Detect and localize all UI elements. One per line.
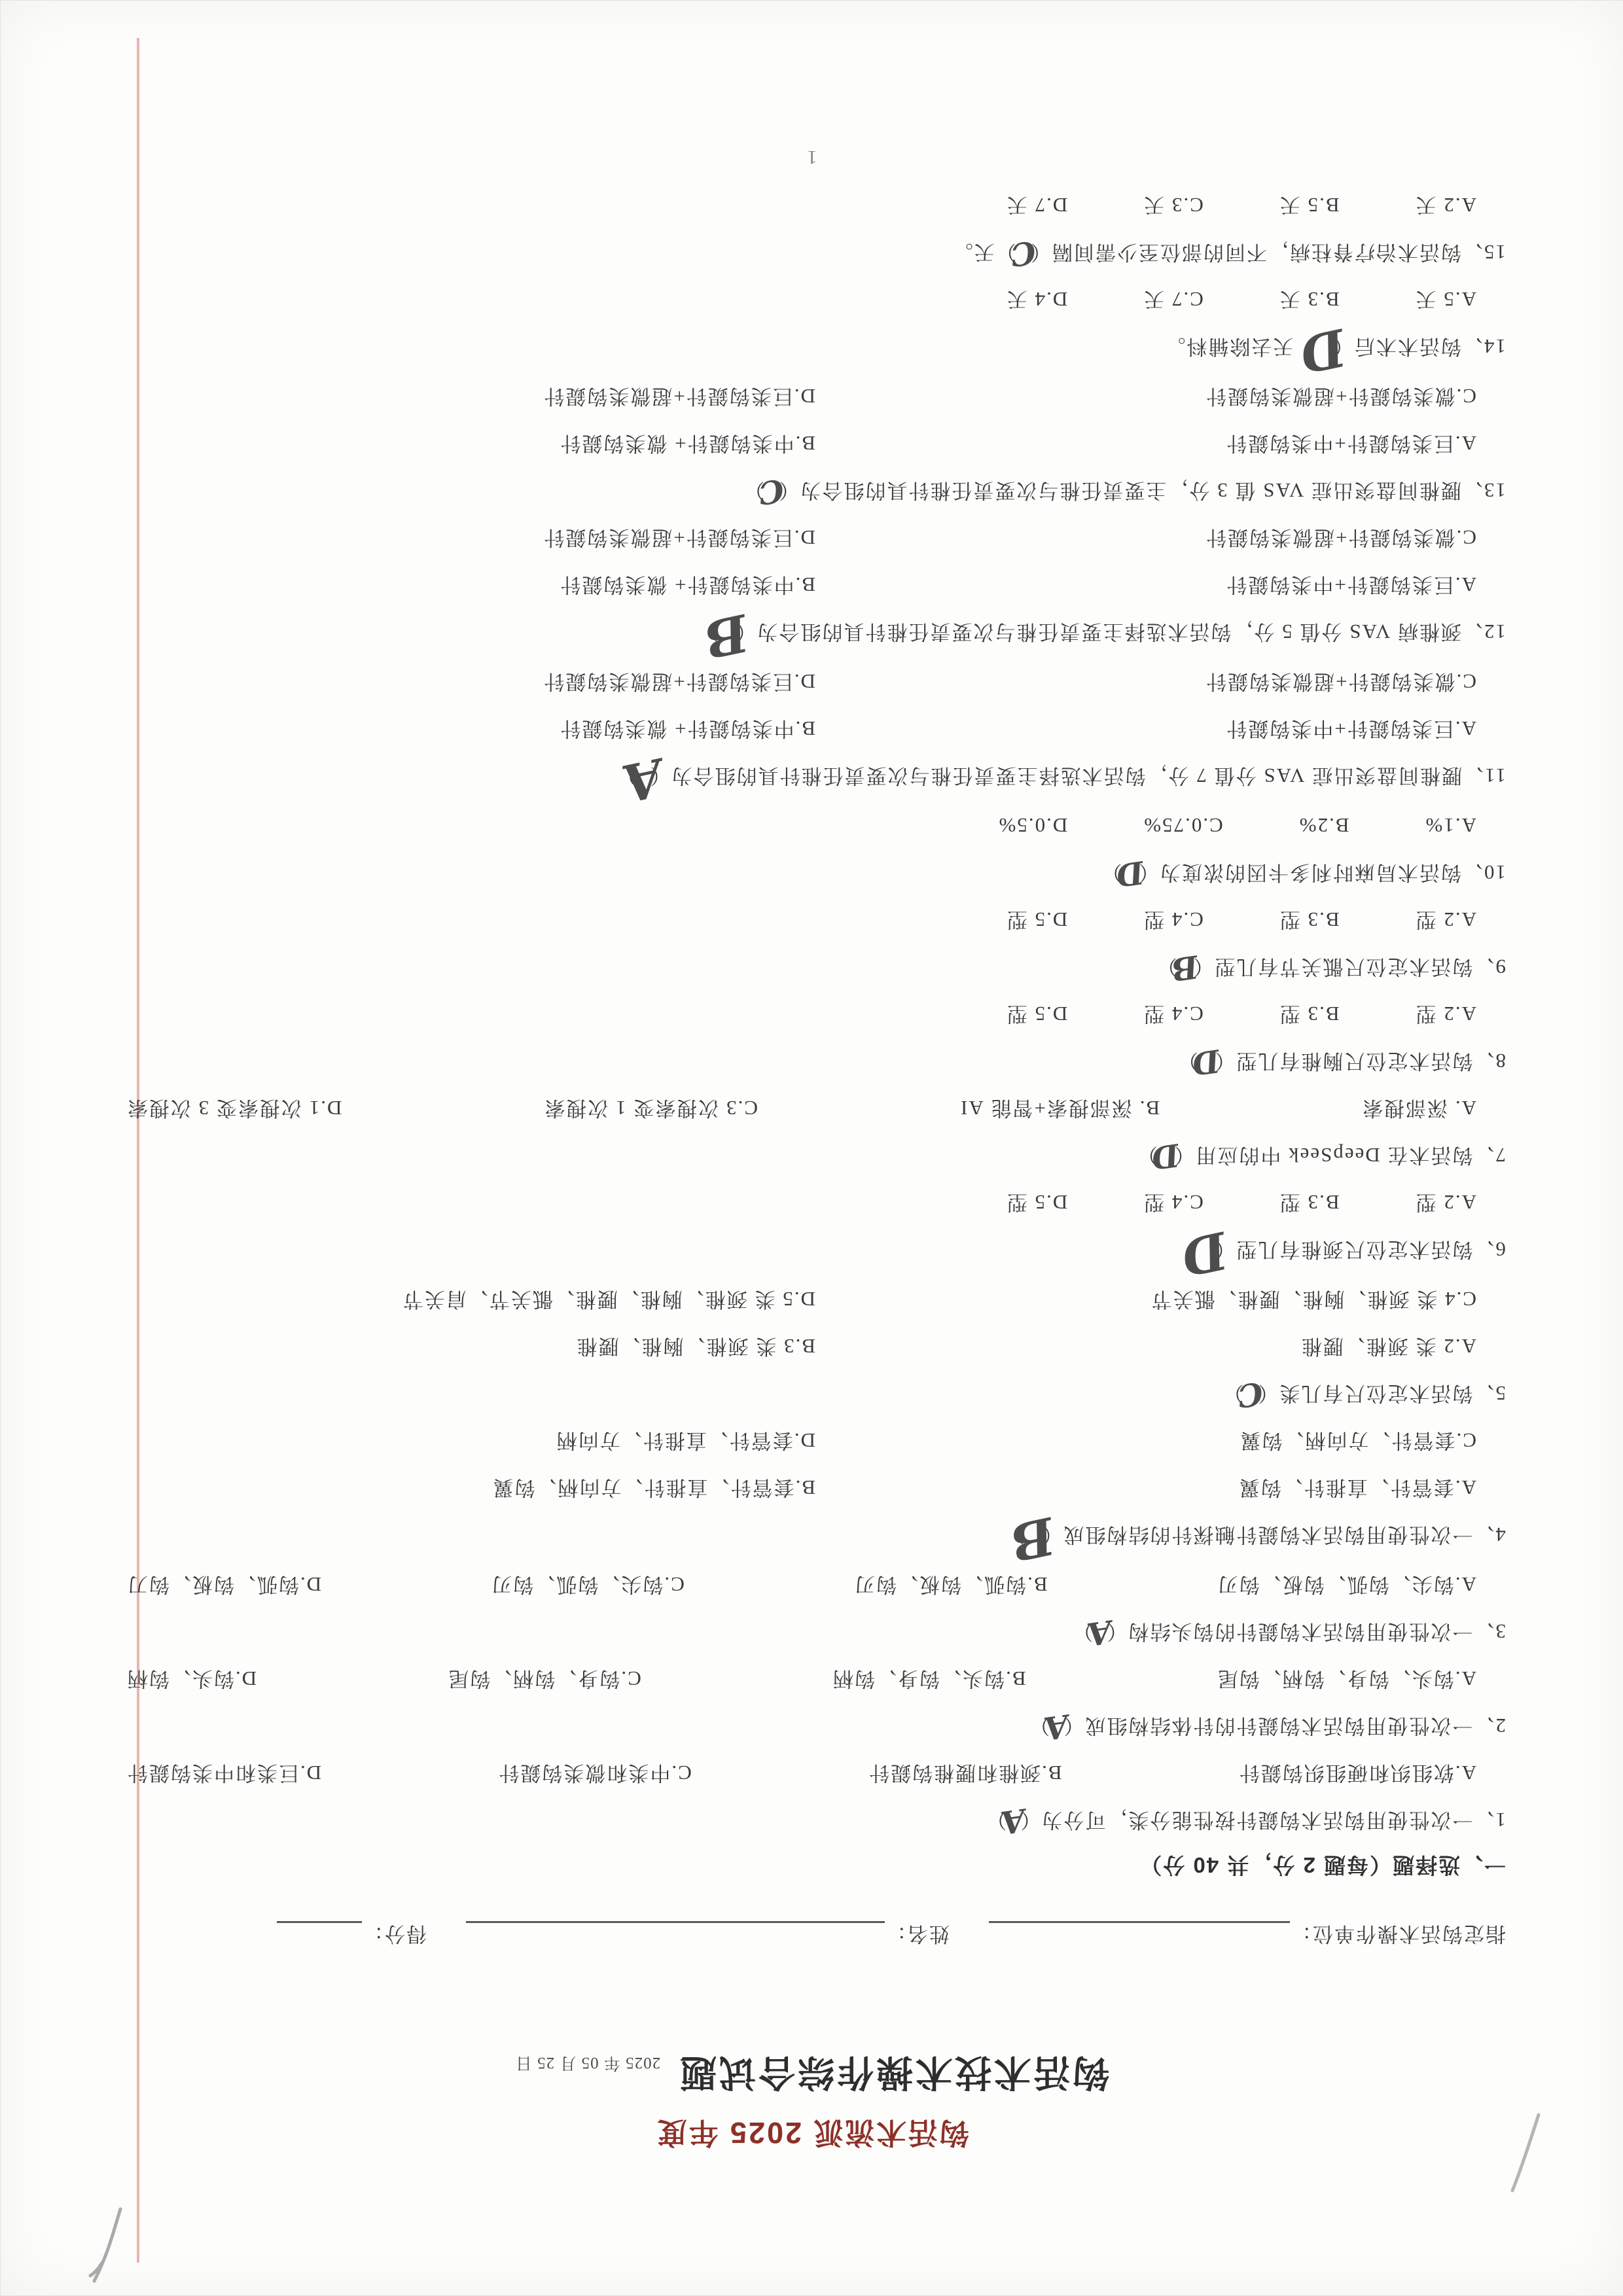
option-b: B.钩头、钩身、钩柄	[832, 1664, 1026, 1693]
options-line: C.微类钩鍉针+超微类钩鍉针D.巨类钩鍉针+超微类钩鍉针	[118, 523, 1506, 552]
question-line: 1、一次性使用钩活术钩鍉针按性能分类，可分为（A）	[118, 1805, 1506, 1834]
question-line: 6、钩活术定位尺颈椎有几型（D）	[118, 1235, 1506, 1266]
handwritten-answer: A	[1042, 1718, 1069, 1735]
handwritten-answer: D	[1180, 1242, 1227, 1264]
option-b: B.3 型	[1279, 1002, 1340, 1025]
option-a: A.2 型	[1415, 1191, 1476, 1214]
option-c: C.4 型	[1143, 1191, 1204, 1214]
option-c: C.微类钩鍉针+超微类钩鍉针	[815, 667, 1476, 696]
question-block: 11、腰椎间盘突出症 VAS 分值 7 分，钩活术选择主要责任椎与次要责任椎针具…	[118, 667, 1506, 792]
option-d: D.5 型	[1006, 908, 1067, 931]
option-c: C.钩身、钩柄、钩尾	[447, 1664, 641, 1693]
handwritten-answer: A	[1085, 1624, 1113, 1640]
option-b: B.2%	[1298, 814, 1349, 837]
handwritten-answer: A	[999, 1812, 1026, 1829]
question-block: 8、钩活术定位尺胸椎有几型（D）A.2 型B.3 型C.4 型D.5 型	[118, 999, 1506, 1075]
option-a: A. 深部搜索	[1361, 1093, 1476, 1122]
question-block: 1、一次性使用钩活术钩鍉针按性能分类，可分为（A）A.软组织和硬组织钩鍉针B.颈…	[118, 1758, 1506, 1834]
option-c: C.0.75%	[1143, 814, 1223, 837]
option-b: B.3 类 颈椎、胸椎、腰椎	[576, 1332, 815, 1360]
question-text: 4、一次性使用钩活术钩鍉针触探针的结构组成	[1063, 1523, 1507, 1546]
question-block: 13、腰椎间盘突出症 VAS 值 3 分，主要责任椎与次要责任椎针具的组合为（C…	[118, 381, 1506, 504]
option-d: D.巨类钩鍉针+超微类钩鍉针	[543, 667, 815, 696]
question-text-after: 天。	[952, 241, 995, 264]
options-line: A.2 型B.3 型C.4 型D.5 型	[118, 999, 1506, 1028]
question-list: 1、一次性使用钩活术钩鍉针按性能分类，可分为（A）A.软组织和硬组织钩鍉针B.颈…	[118, 190, 1506, 1834]
options-line: A. 深部搜索B. 深部搜索+智能 AIC.3 次搜索变 1 次搜索D.1 次搜…	[118, 1093, 1506, 1122]
option-b: B.套管针、直推针、方向柄、钩翼	[492, 1473, 815, 1502]
exam-title-row: 钩活术技术操作综合试题 2025 年 05 月 25 日	[118, 2049, 1506, 2101]
question-text: 14、钩活术术后	[1353, 335, 1506, 358]
unit-label: 指定钩活术操作单位：	[1290, 1921, 1506, 1951]
option-d: D.5 型	[1006, 1191, 1067, 1214]
question-block: 3、一次性使用钩活术钩鍉针的钩头结构（A）A.钩尖、钩弧、钩板、钩刃B.钩弧、钩…	[118, 1570, 1506, 1646]
option-d: D.5 型	[1006, 1002, 1067, 1025]
option-d: D.巨类钩鍉针+超微类钩鍉针	[543, 381, 815, 410]
option-d: D.巨类和中类钩鍉针	[126, 1758, 321, 1787]
question-line: 14、钩活术术后（D）天去除辅料。	[118, 332, 1506, 363]
option-a: A.钩尖、钩弧、钩板、钩刃	[1217, 1570, 1476, 1598]
unit-blank-line	[989, 1921, 1290, 1947]
upside-down-sheet: 钩活术流派 2025 年度 钩活术技术操作综合试题 2025 年 05 月 25…	[1, 1, 1623, 2295]
question-line: 13、腰椎间盘突出症 VAS 值 3 分，主要责任椎与次要责任椎针具的组合为（C…	[118, 476, 1506, 504]
options-line: A.1%B.2%C.0.75%D.0.5%	[118, 811, 1506, 839]
option-a: A.2 天	[1415, 194, 1476, 217]
question-line: 8、钩活术定位尺胸椎有几型（D）	[118, 1046, 1506, 1075]
question-block: 15、钩活术治疗脊柱病，不同的部位至少需间隔（C）天。A.2 天B.5 天C.3…	[118, 190, 1506, 266]
question-block: 6、钩活术定位尺颈椎有几型（D）A.2 型B.3 型C.4 型D.5 型	[118, 1188, 1506, 1266]
handwritten-answer: B	[702, 624, 749, 646]
option-d: D.1 次搜索变 3 次搜索	[126, 1093, 342, 1122]
option-d: D.巨类钩鍉针+超微类钩鍉针	[543, 523, 815, 552]
option-a: A.套管针、直推针、钩翼	[815, 1473, 1476, 1502]
option-a: A.巨类钩鍉针+中类钩鍉针	[815, 714, 1476, 743]
question-text: 6、钩活术定位尺颈椎有几型	[1236, 1238, 1507, 1261]
option-b: B.中类钩鍉针+ 微类钩鍉针	[559, 570, 815, 599]
question-text: 7、钩活术在 DeepSeek 中的应用	[1194, 1144, 1506, 1167]
score-blank-line	[277, 1921, 362, 1947]
question-line: 5、钩活术定位尺有几类（C）	[118, 1379, 1506, 1407]
handwritten-answer: D	[1115, 865, 1145, 882]
option-c: C.钩尖、钩弧、钩刃	[490, 1570, 684, 1598]
option-b: B.钩弧、钩板、钩刃	[853, 1570, 1047, 1598]
handwritten-answer: D	[1190, 1053, 1221, 1070]
question-text: 12、颈椎病 VAS 分值 5 分，钩活术选择主要责任椎与次要责任椎针具的组合为	[756, 620, 1506, 643]
question-block: 5、钩活术定位尺有几类（C）A.2 类 颈椎、腰椎B.3 类 颈椎、胸椎、腰椎C…	[118, 1284, 1506, 1407]
option-c: C.中类和微类钩鍉针	[497, 1758, 691, 1787]
options-line: C.微类钩鍉针+超微类钩鍉针D.巨类钩鍉针+超微类钩鍉针	[118, 667, 1506, 696]
question-text: 3、一次性使用钩活术钩鍉针的钩头结构	[1128, 1620, 1507, 1643]
question-block: 7、钩活术在 DeepSeek 中的应用（D）A. 深部搜索B. 深部搜索+智能…	[118, 1093, 1506, 1169]
question-line: 10、钩活术局麻时利多卡因的浓度为（D）	[118, 858, 1506, 887]
option-d: D.0.5%	[998, 814, 1068, 837]
option-b: B. 深部搜索+智能 AI	[959, 1093, 1160, 1122]
question-text: 2、一次性使用钩活术钩鍉针的针体结构组成	[1084, 1714, 1507, 1737]
option-a: A.5 天	[1415, 288, 1476, 311]
options-line: A.2 型B.3 型C.4 型D.5 型	[118, 905, 1506, 934]
option-a: A.巨类钩鍉针+中类钩鍉针	[815, 570, 1476, 599]
scanned-exam-page: 钩活术流派 2025 年度 钩活术技术操作综合试题 2025 年 05 月 25…	[0, 0, 1623, 2296]
question-line: 4、一次性使用钩活术钩鍉针触探针的结构组成（B）	[118, 1520, 1506, 1551]
question-text: 9、钩活术定位尺骶关节有几型	[1214, 955, 1507, 978]
option-a: A.2 类 颈椎、腰椎	[815, 1332, 1476, 1360]
options-line: A.5 天B.3 天C.7 天D.4 天	[118, 285, 1506, 313]
option-c: C.微类钩鍉针+超微类钩鍉针	[815, 523, 1476, 552]
option-d: D.4 天	[1006, 288, 1067, 311]
question-block: 4、一次性使用钩活术钩鍉针触探针的结构组成（B）A.套管针、直推针、钩翼B.套管…	[118, 1426, 1506, 1551]
option-a: A.1%	[1425, 814, 1476, 837]
options-line: C.套管针、方向柄、钩翼D.套管针、直推针、方向柄	[118, 1426, 1506, 1455]
option-c: C.4 型	[1143, 908, 1204, 931]
question-block: 12、颈椎病 VAS 分值 5 分，钩活术选择主要责任椎与次要责任椎针具的组合为…	[118, 523, 1506, 648]
handwritten-answer: B	[1008, 1527, 1055, 1549]
question-line: 15、钩活术治疗脊柱病，不同的部位至少需间隔（C）天。	[118, 238, 1506, 266]
option-c: C.3 天	[1143, 194, 1204, 217]
question-text: 10、钩活术局麻时利多卡因的浓度为	[1159, 861, 1506, 884]
option-c: C.7 天	[1143, 288, 1204, 311]
question-line: 3、一次性使用钩活术钩鍉针的钩头结构（A）	[118, 1617, 1506, 1646]
option-a: A.软组织和硬组织钩鍉针	[1238, 1758, 1476, 1787]
series-title: 钩活术流派 2025 年度	[118, 2114, 1506, 2295]
question-text: 13、腰椎间盘突出症 VAS 值 3 分，主要责任椎与次要责任椎针具的组合为	[799, 479, 1506, 502]
question-text: 1、一次性使用钩活术钩鍉针按性能分类，可分为	[1041, 1809, 1507, 1831]
question-line: 9、钩活术定位尺骶关节有几型（B）	[118, 952, 1506, 981]
options-line: A.2 型B.3 型C.4 型D.5 型	[118, 1188, 1506, 1216]
options-line: A.巨类钩鍉针+中类钩鍉针B.中类钩鍉针+ 微类钩鍉针	[118, 429, 1506, 457]
option-b: B.3 型	[1279, 1191, 1340, 1214]
options-line: A.钩尖、钩弧、钩板、钩刃B.钩弧、钩板、钩刃C.钩尖、钩弧、钩刃D.钩弧、钩板…	[118, 1570, 1506, 1598]
score-label: 得分：	[362, 1921, 427, 1951]
option-d: D.5 类 颈椎、胸椎、腰椎、骶关节、肩关节	[402, 1284, 815, 1313]
question-block: 2、一次性使用钩活术钩鍉针的针体结构组成（A）A.钩头、钩身、钩柄、钩尾B.钩头…	[118, 1664, 1506, 1740]
question-line: 11、腰椎间盘突出症 VAS 分值 7 分，钩活术选择主要责任椎与次要责任椎针具…	[118, 761, 1506, 792]
options-line: A.2 类 颈椎、腰椎B.3 类 颈椎、胸椎、腰椎	[118, 1332, 1506, 1360]
option-a: A.巨类钩鍉针+中类钩鍉针	[815, 429, 1476, 457]
question-line: 2、一次性使用钩活术钩鍉针的针体结构组成（A）	[118, 1711, 1506, 1740]
options-line: A.钩头、钩身、钩柄、钩尾B.钩头、钩身、钩柄C.钩身、钩柄、钩尾D.钩头、钩柄	[118, 1664, 1506, 1693]
option-b: B.5 天	[1279, 194, 1340, 217]
page-number: 1	[118, 146, 1506, 168]
option-c: C.微类钩鍉针+超微类钩鍉针	[815, 381, 1476, 410]
options-line: A.软组织和硬组织钩鍉针B.颈椎和腰椎钩鍉针C.中类和微类钩鍉针D.巨类和中类钩…	[118, 1758, 1506, 1787]
options-line: C.微类钩鍉针+超微类钩鍉针D.巨类钩鍉针+超微类钩鍉针	[118, 381, 1506, 410]
header-fields: 指定钩活术操作单位： 姓名： 得分：	[118, 1921, 1506, 1951]
option-b: B.3 天	[1279, 288, 1340, 311]
option-c: C.3 次搜索变 1 次搜索	[543, 1093, 758, 1122]
handwritten-answer: C	[757, 483, 785, 499]
option-d: D.7 天	[1006, 194, 1067, 217]
options-line: A.巨类钩鍉针+中类钩鍉针B.中类钩鍉针+ 微类钩鍉针	[118, 570, 1506, 599]
question-line: 7、钩活术在 DeepSeek 中的应用（D）	[118, 1140, 1506, 1169]
question-text: 5、钩活术定位尺有几类	[1279, 1382, 1507, 1405]
option-a: A.2 型	[1415, 908, 1476, 931]
section-heading: 一、选择题（每题 2 分，共 40 分）	[118, 1851, 1506, 1882]
option-b: B.3 型	[1279, 908, 1340, 931]
option-a: A.2 型	[1415, 1002, 1476, 1025]
options-line: A.2 天B.5 天C.3 天D.7 天	[118, 190, 1506, 219]
page-content: 钩活术流派 2025 年度 钩活术技术操作综合试题 2025 年 05 月 25…	[118, 146, 1506, 2295]
option-c: C.套管针、方向柄、钩翼	[815, 1426, 1476, 1455]
option-b: B.中类钩鍉针+ 微类钩鍉针	[559, 714, 815, 743]
options-line: C.4 类 颈椎、胸椎、腰椎、骶关节D.5 类 颈椎、胸椎、腰椎、骶关节、肩关节	[118, 1284, 1506, 1313]
option-c: C.4 型	[1143, 1002, 1204, 1025]
option-d: D.钩弧、钩板、钩刀	[126, 1570, 321, 1598]
handwritten-answer: B	[1169, 959, 1199, 976]
options-line: A.巨类钩鍉针+中类钩鍉针B.中类钩鍉针+ 微类钩鍉针	[118, 714, 1506, 743]
handwritten-answer: D	[1150, 1148, 1180, 1165]
exam-date: 2025 年 05 月 25 日	[515, 2049, 660, 2076]
option-d: D.套管针、直推针、方向柄	[556, 1426, 815, 1455]
question-text: 15、钩活术治疗脊柱病，不同的部位至少需间隔	[1051, 241, 1506, 264]
option-d: D.钩头、钩柄	[126, 1664, 257, 1693]
question-text: 11、腰椎间盘突出症 VAS 分值 7 分，钩活术选择主要责任椎与次要责任椎针具…	[671, 764, 1506, 787]
option-b: B.中类钩鍉针+ 微类钩鍉针	[559, 429, 815, 457]
options-line: A.套管针、直推针、钩翼B.套管针、直推针、方向柄、钩翼	[118, 1473, 1506, 1502]
question-text: 8、钩活术定位尺胸椎有几型	[1236, 1050, 1507, 1072]
name-blank-line	[466, 1921, 885, 1947]
question-text-after: 天去除辅料。	[1164, 335, 1293, 358]
option-b: B.颈椎和腰椎钩鍉针	[868, 1758, 1061, 1787]
question-block: 9、钩活术定位尺骶关节有几型（B）A.2 型B.3 型C.4 型D.5 型	[118, 905, 1506, 981]
pencil-stroke	[1506, 2109, 1545, 2197]
name-label: 姓名：	[885, 1921, 950, 1951]
option-c: C.4 类 颈椎、胸椎、腰椎、骶关节	[815, 1284, 1476, 1313]
exam-title: 钩活术技术操作综合试题	[677, 2049, 1109, 2101]
handwritten-answer: A	[620, 769, 663, 790]
option-a: A.钩头、钩身、钩柄、钩尾	[1217, 1664, 1476, 1693]
handwritten-answer: C	[1236, 1386, 1264, 1402]
question-block: 10、钩活术局麻时利多卡因的浓度为（D）A.1%B.2%C.0.75%D.0.5…	[118, 811, 1506, 887]
question-block: 14、钩活术术后（D）天去除辅料。A.5 天B.3 天C.7 天D.4 天	[118, 285, 1506, 363]
handwritten-answer: D	[1298, 339, 1346, 361]
handwritten-answer: C	[1008, 245, 1037, 261]
question-line: 12、颈椎病 VAS 分值 5 分，钩活术选择主要责任椎与次要责任椎针具的组合为…	[118, 617, 1506, 648]
